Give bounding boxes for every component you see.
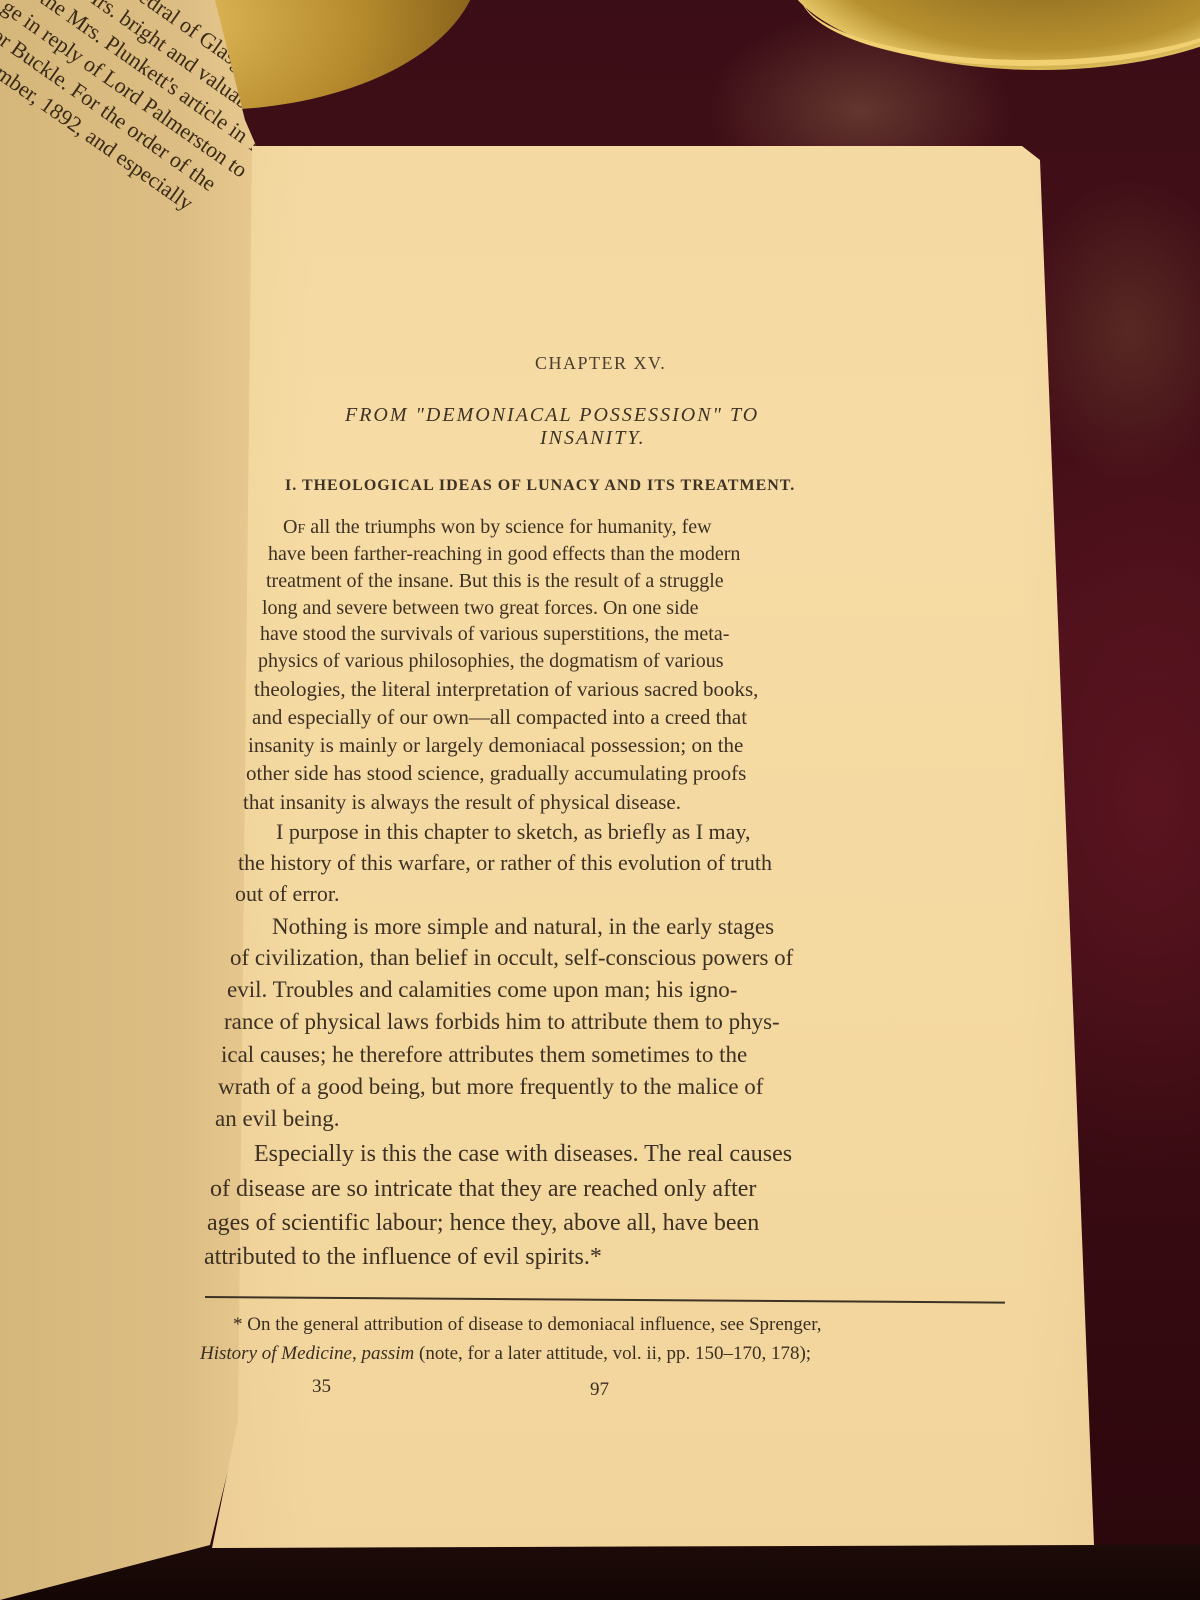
body-line: out of error. <box>235 881 339 907</box>
drop-cap: Of <box>283 516 305 538</box>
body-line: rance of physical laws forbids him to at… <box>224 1009 780 1035</box>
body-line: treatment of the insane. But this is the… <box>266 570 724 593</box>
signature-mark: 35 <box>312 1376 331 1398</box>
footnote-passim: passim <box>361 1343 414 1364</box>
body-line: long and severe between two great forces… <box>262 597 699 620</box>
body-line: that insanity is always the result of ph… <box>243 790 681 815</box>
body-line: the history of this warfare, or rather o… <box>238 850 772 876</box>
body-line: ages of scientific labour; hence they, a… <box>207 1210 759 1237</box>
book-cover-bottom <box>0 1545 1200 1600</box>
body-line: insanity is mainly or largely demoniacal… <box>248 733 743 758</box>
body-line: evil. Troubles and calamities come upon … <box>227 977 737 1003</box>
body-line: Nothing is more simple and natural, in t… <box>272 914 774 940</box>
body-line: an evil being. <box>215 1106 340 1132</box>
body-line: ical causes; he therefore attributes the… <box>221 1042 747 1068</box>
body-line: Of all the triumphs won by science for h… <box>283 516 712 539</box>
body-line: of civilization, than belief in occult, … <box>230 945 793 971</box>
body-line: have stood the survivals of various supe… <box>260 623 729 646</box>
footnote-line-1: * On the general attribution of disease … <box>233 1314 822 1336</box>
footnote-book-title: History of Medicine <box>200 1343 352 1364</box>
body-line: other side has stood science, gradually … <box>246 761 746 786</box>
chapter-heading: CHAPTER XV. <box>535 353 666 374</box>
section-heading: I. THEOLOGICAL IDEAS OF LUNACY AND ITS T… <box>285 477 795 495</box>
body-line: of disease are so intricate that they ar… <box>210 1176 756 1203</box>
chapter-title-line-2: INSANITY. <box>540 427 646 450</box>
body-line: physics of various philosophies, the dog… <box>258 650 724 673</box>
body-line: I purpose in this chapter to sketch, as … <box>276 819 751 845</box>
body-line: theologies, the literal interpretation o… <box>254 677 758 702</box>
body-line: wrath of a good being, but more frequent… <box>218 1074 763 1100</box>
chapter-title-line-1: FROM "DEMONIACAL POSSESSION" TO <box>345 404 759 427</box>
body-line: and especially of our own—all compacted … <box>252 705 747 730</box>
body-line: have been farther-reaching in good effec… <box>268 543 740 566</box>
body-line: Especially is this the case with disease… <box>254 1141 792 1168</box>
body-line: attributed to the influence of evil spir… <box>204 1244 602 1271</box>
footnote-line-2: History of Medicine, passim (note, for a… <box>200 1343 811 1365</box>
page-number: 97 <box>590 1379 609 1401</box>
